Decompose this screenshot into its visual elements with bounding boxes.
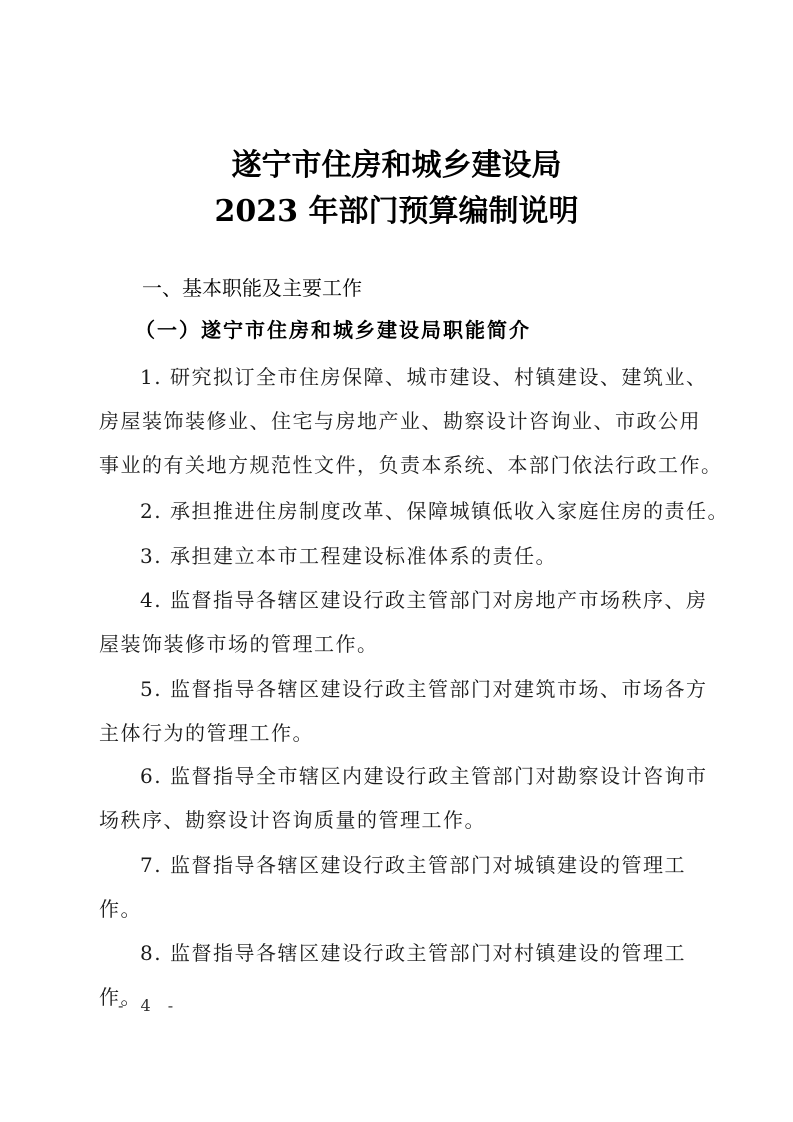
item-6-line-1: 6. 监督指导全市辖区内建设行政主管部门对勘察设计咨询市 (140, 760, 707, 789)
subsection-heading: （一）遂宁市住房和城乡建设局职能简介 (135, 314, 531, 343)
item-1-line-3: 事业的有关地方规范性文件，负责本系统、本部门依法行政工作。 (99, 449, 723, 478)
item-3-line-1: 3. 承担建立本市工程建设标准体系的责任。 (140, 540, 557, 569)
item-7-line-1: 7. 监督指导各辖区建设行政主管部门对城镇建设的管理工 (140, 849, 686, 878)
item-5-line-1: 5. 监督指导各辖区建设行政主管部门对建筑市场、市场各方 (140, 673, 707, 702)
item-2-line-1: 2. 承担推进住房制度改革、保障城镇低收入家庭住房的责任。 (140, 495, 729, 524)
item-4-line-1: 4. 监督指导各辖区建设行政主管部门对房地产市场秩序、房 (140, 584, 707, 613)
item-5-line-2: 主体行为的管理工作。 (99, 717, 314, 746)
item-8-line-1: 8. 监督指导各辖区建设行政主管部门对村镇建设的管理工 (140, 937, 686, 966)
document-title-line1: 遂宁市住房和城乡建设局 (0, 140, 793, 184)
item-6-line-2: 场秩序、勘察设计咨询质量的管理工作。 (99, 804, 486, 833)
section-heading: 一、基本职能及主要工作 (142, 272, 362, 301)
item-1-line-2: 房屋装饰装修业、住宅与房地产业、勘察设计咨询业、市政公用 (99, 405, 701, 434)
document-title-line2: 2023 年部门预算编制说明 (0, 186, 793, 230)
item-1-line-1: 1. 研究拟订全市住房保障、城市建设、村镇建设、建筑业、 (140, 361, 707, 390)
item-4-line-2: 屋装饰装修市场的管理工作。 (99, 628, 379, 657)
item-7-line-2: 作。 (99, 893, 142, 922)
page-number: - 4 - (118, 996, 179, 1015)
